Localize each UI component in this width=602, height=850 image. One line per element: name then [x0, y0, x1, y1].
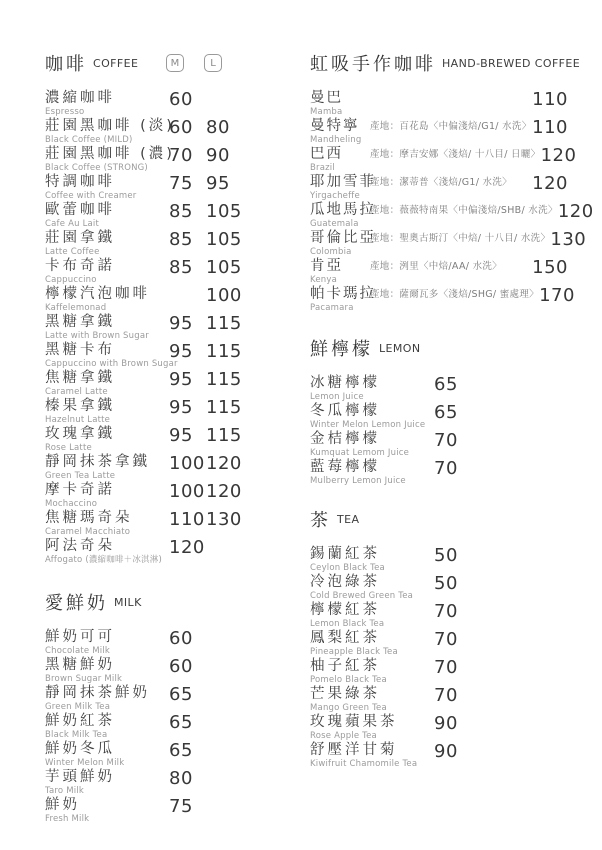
item-names: 哥倫比亞Colombia	[310, 230, 370, 257]
menu-item-row: 靜岡抹茶拿鐵Green Tea Latte100120	[45, 454, 295, 481]
item-name-zh: 玫瑰蘋果茶	[310, 714, 434, 731]
item-name-zh: 摩卡奇諾	[45, 482, 169, 499]
menu-item-row: 黑糖拿鐵Latte with Brown Sugar95115	[45, 314, 295, 341]
hand-brewed-section: 虹吸手作咖啡 HAND-BREWED COFFEE 曼巴Mamba110曼特寧M…	[310, 52, 568, 313]
item-price-l: 105	[206, 230, 243, 249]
item-name-en: Black Milk Tea	[45, 730, 169, 740]
menu-item-row: 檸檬紅茶Lemon Black Tea70	[310, 602, 568, 629]
item-price: 70	[434, 630, 471, 649]
item-names: 靜岡抹茶拿鐵Green Tea Latte	[45, 454, 169, 481]
item-name-zh: 瓜地馬拉	[310, 202, 370, 219]
item-price-l: 105	[206, 202, 243, 221]
item-name-en: Affogato (濃縮咖啡＋冰淇淋)	[45, 555, 169, 565]
item-name-en: Fresh Milk	[45, 814, 169, 824]
menu-item-row: 哥倫比亞Colombia產地：聖奧古斯汀〈中焙/ 十八目/ 水洗〉130	[310, 230, 568, 257]
item-names: 焦糖拿鐵Caramel Latte	[45, 370, 169, 397]
coffee-section-header: 咖啡 COFFEE M L	[45, 52, 295, 74]
item-names: 耶加雪菲Yirgacheffe	[310, 174, 370, 201]
menu-item-row: 焦糖拿鐵Caramel Latte95115	[45, 370, 295, 397]
menu-item-row: 曼巴Mamba110	[310, 90, 568, 117]
item-price: 90	[434, 742, 471, 761]
item-name-zh: 阿法奇朵	[45, 538, 169, 555]
item-price: 170	[539, 286, 575, 305]
menu-item-row: 摩卡奇諾Mochaccino100120	[45, 482, 295, 509]
item-price: 50	[434, 546, 471, 565]
item-price-m: 100	[169, 454, 206, 473]
item-names: 冰糖檸檬Lemon Juice	[310, 375, 434, 402]
item-origin: 產地：摩吉安娜〈淺焙/ 十八目/ 日曬〉	[370, 146, 540, 163]
item-name-zh: 歐蕾咖啡	[45, 202, 169, 219]
item-price-l: 120	[206, 482, 243, 501]
lemon-item-list: 冰糖檸檬Lemon Juice65冬瓜檸檬Winter Melon Lemon …	[310, 375, 568, 486]
item-name-zh: 冷泡綠茶	[310, 574, 434, 591]
item-name-zh: 卡布奇諾	[45, 258, 169, 275]
hand-brewed-title-en: HAND-BREWED COFFEE	[442, 57, 580, 70]
item-name-zh: 特調咖啡	[45, 174, 169, 191]
item-price-l: 115	[206, 398, 243, 417]
item-names: 舒壓洋甘菊Kiwifruit Chamomile Tea	[310, 742, 434, 769]
item-price-m: 85	[169, 202, 206, 221]
lemon-title-en: LEMON	[379, 342, 420, 355]
item-price-l: 115	[206, 370, 243, 389]
item-name-zh: 鮮奶紅茶	[45, 713, 169, 730]
item-names: 瓜地馬拉Guatemala	[310, 202, 370, 229]
item-price-l: 115	[206, 426, 243, 445]
item-names: 冷泡綠茶Cold Brewed Green Tea	[310, 574, 434, 601]
item-names: 鮮奶Fresh Milk	[45, 797, 169, 824]
item-name-en: Lemon Juice	[310, 392, 434, 402]
item-name-en: Pineapple Black Tea	[310, 647, 434, 657]
item-name-zh: 耶加雪菲	[310, 174, 370, 191]
item-name-zh: 檸檬汽泡咖啡	[45, 286, 169, 303]
item-name-en: Caramel Macchiato	[45, 527, 169, 537]
lemon-section: 鮮檸檬 LEMON 冰糖檸檬Lemon Juice65冬瓜檸檬Winter Me…	[310, 337, 568, 486]
item-names: 冬瓜檸檬Winter Melon Lemon Juice	[310, 403, 434, 430]
item-price: 65	[169, 685, 206, 704]
item-names: 玫瑰拿鐵Rose Latte	[45, 426, 169, 453]
item-name-en: Mandheling	[310, 135, 370, 145]
item-names: 鮮奶紅茶Black Milk Tea	[45, 713, 169, 740]
item-price-l: 115	[206, 314, 243, 333]
item-name-en: Cappuccino	[45, 275, 169, 285]
item-price-l: 120	[206, 454, 243, 473]
menu-item-row: 錫蘭紅茶Ceylon Black Tea50	[310, 546, 568, 573]
item-name-en: Ceylon Black Tea	[310, 563, 434, 573]
item-names: 焦糖瑪奇朵Caramel Macchiato	[45, 510, 169, 537]
item-name-zh: 鮮奶冬瓜	[45, 741, 169, 758]
item-name-en: Espresso	[45, 107, 169, 117]
item-name-zh: 柚子紅茶	[310, 658, 434, 675]
item-names: 濃縮咖啡Espresso	[45, 90, 169, 117]
item-name-zh: 鮮奶可可	[45, 629, 169, 646]
menu-page: 咖啡 COFFEE M L 濃縮咖啡Espresso60莊園黑咖啡 (淡)Bla…	[0, 0, 602, 850]
menu-item-row: 莊園黑咖啡 (濃)Black Coffee (STRONG)7090	[45, 146, 295, 173]
item-name-en: Brown Sugar Milk	[45, 674, 169, 684]
item-names: 金桔檸檬Kumquat Lemom Juice	[310, 431, 434, 458]
item-price-m: 60	[169, 118, 206, 137]
item-names: 歐蕾咖啡Cafe Au Lait	[45, 202, 169, 229]
item-price-l: 130	[206, 510, 243, 529]
item-names: 檸檬汽泡咖啡Kaffelemonad	[45, 286, 169, 313]
item-name-zh: 檸檬紅茶	[310, 602, 434, 619]
item-name-en: Rose Latte	[45, 443, 169, 453]
item-name-en: Latte with Brown Sugar	[45, 331, 169, 341]
item-names: 榛果拿鐵Hazelnut Latte	[45, 398, 169, 425]
item-name-en: Coffee with Creamer	[45, 191, 169, 201]
item-names: 阿法奇朵Affogato (濃縮咖啡＋冰淇淋)	[45, 538, 169, 565]
item-name-en: Yirgacheffe	[310, 191, 370, 201]
menu-item-row: 濃縮咖啡Espresso60	[45, 90, 295, 117]
item-name-zh: 帕卡瑪拉	[310, 286, 370, 303]
coffee-title-en: COFFEE	[93, 57, 138, 70]
item-name-zh: 靜岡抹茶鮮奶	[45, 685, 169, 702]
item-names: 柚子紅茶Pomelo Black Tea	[310, 658, 434, 685]
item-name-zh: 肯亞	[310, 258, 370, 275]
item-names: 曼巴Mamba	[310, 90, 370, 117]
item-name-en: Latte Coffee	[45, 247, 169, 257]
item-origin: 產地：潔蒂普〈淺焙/G1/ 水洗〉	[370, 174, 532, 191]
item-price-m: 100	[169, 482, 206, 501]
item-names: 黑糖拿鐵Latte with Brown Sugar	[45, 314, 169, 341]
menu-item-row: 舒壓洋甘菊Kiwifruit Chamomile Tea90	[310, 742, 568, 769]
tea-section: 茶 TEA 錫蘭紅茶Ceylon Black Tea50冷泡綠茶Cold Bre…	[310, 508, 568, 769]
item-name-zh: 哥倫比亞	[310, 230, 370, 247]
tea-section-header: 茶 TEA	[310, 508, 568, 530]
item-price-l: 100	[206, 286, 243, 305]
menu-item-row: 鮮奶Fresh Milk75	[45, 797, 295, 824]
item-price: 65	[434, 403, 471, 422]
item-name-en: Kumquat Lemom Juice	[310, 448, 434, 458]
item-names: 特調咖啡Coffee with Creamer	[45, 174, 169, 201]
menu-item-row: 曼特寧Mandheling產地：百花島〈中偏淺焙/G1/ 水洗〉110	[310, 118, 568, 145]
right-column: 虹吸手作咖啡 HAND-BREWED COFFEE 曼巴Mamba110曼特寧M…	[310, 52, 568, 770]
item-names: 鮮奶冬瓜Winter Melon Milk	[45, 741, 169, 768]
item-origin: 產地：聖奧古斯汀〈中焙/ 十八目/ 水洗〉	[370, 230, 550, 247]
item-name-zh: 鮮奶	[45, 797, 169, 814]
item-names: 鮮奶可可Chocolate Milk	[45, 629, 169, 656]
coffee-item-list: 濃縮咖啡Espresso60莊園黑咖啡 (淡)Black Coffee (MIL…	[45, 90, 295, 565]
size-l-badge: L	[204, 54, 222, 72]
item-names: 芒果綠茶Mango Green Tea	[310, 686, 434, 713]
item-price: 70	[434, 602, 471, 621]
menu-item-row: 鮮奶紅茶Black Milk Tea65	[45, 713, 295, 740]
item-name-zh: 焦糖瑪奇朵	[45, 510, 169, 527]
menu-item-row: 巴西Brazil產地：摩吉安娜〈淺焙/ 十八目/ 日曬〉120	[310, 146, 568, 173]
item-origin: 產地：薇薇特南果〈中偏淺焙/SHB/ 水洗〉	[370, 202, 558, 219]
menu-item-row: 榛果拿鐵Hazelnut Latte95115	[45, 398, 295, 425]
item-names: 卡布奇諾Cappuccino	[45, 258, 169, 285]
item-name-zh: 冬瓜檸檬	[310, 403, 434, 420]
item-names: 莊園黑咖啡 (濃)Black Coffee (STRONG)	[45, 146, 169, 173]
item-price-m: 75	[169, 174, 206, 193]
item-price: 70	[434, 686, 471, 705]
hand-brewed-section-header: 虹吸手作咖啡 HAND-BREWED COFFEE	[310, 52, 568, 74]
menu-item-row: 阿法奇朵Affogato (濃縮咖啡＋冰淇淋)120	[45, 538, 295, 565]
item-price: 150	[532, 258, 568, 277]
item-price-m: 85	[169, 258, 206, 277]
item-price-m: 95	[169, 314, 206, 333]
item-name-en: Kenya	[310, 275, 370, 285]
item-name-en: Winter Melon Milk	[45, 758, 169, 768]
item-name-zh: 藍莓檸檬	[310, 459, 434, 476]
item-price-m: 95	[169, 370, 206, 389]
item-price: 65	[434, 375, 471, 394]
item-name-zh: 莊園拿鐵	[45, 230, 169, 247]
item-name-en: Black Coffee (STRONG)	[45, 163, 169, 173]
milk-item-list: 鮮奶可可Chocolate Milk60黑糖鮮奶Brown Sugar Milk…	[45, 629, 295, 824]
item-names: 藍莓檸檬Mulberry Lemon Juice	[310, 459, 434, 486]
hand-brewed-title-zh: 虹吸手作咖啡	[310, 50, 436, 76]
milk-title-en: MILK	[114, 596, 142, 609]
item-price: 90	[434, 714, 471, 733]
item-name-zh: 焦糖拿鐵	[45, 370, 169, 387]
item-name-zh: 舒壓洋甘菊	[310, 742, 434, 759]
item-name-zh: 靜岡抹茶拿鐵	[45, 454, 169, 471]
menu-item-row: 玫瑰蘋果茶Rose Apple Tea90	[310, 714, 568, 741]
item-name-en: Chocolate Milk	[45, 646, 169, 656]
item-price: 65	[169, 713, 206, 732]
item-price: 120	[558, 202, 594, 221]
item-name-zh: 莊園黑咖啡 (淡)	[45, 118, 169, 135]
menu-item-row: 鮮奶可可Chocolate Milk60	[45, 629, 295, 656]
item-name-en: Mamba	[310, 107, 370, 117]
item-name-en: Green Tea Latte	[45, 471, 169, 481]
item-names: 肯亞Kenya	[310, 258, 370, 285]
item-price: 70	[434, 658, 471, 677]
milk-title-zh: 愛鮮奶	[45, 589, 108, 615]
item-price-l: 80	[206, 118, 243, 137]
item-name-zh: 芒果綠茶	[310, 686, 434, 703]
menu-item-row: 鳳梨紅茶Pineapple Black Tea70	[310, 630, 568, 657]
item-name-en: Brazil	[310, 163, 370, 173]
item-price: 120	[540, 146, 576, 165]
menu-item-row: 冷泡綠茶Cold Brewed Green Tea50	[310, 574, 568, 601]
item-name-en: Guatemala	[310, 219, 370, 229]
item-name-en: Hazelnut Latte	[45, 415, 169, 425]
item-name-zh: 榛果拿鐵	[45, 398, 169, 415]
item-name-en: Caramel Latte	[45, 387, 169, 397]
item-names: 錫蘭紅茶Ceylon Black Tea	[310, 546, 434, 573]
item-name-zh: 濃縮咖啡	[45, 90, 169, 107]
menu-item-row: 瓜地馬拉Guatemala產地：薇薇特南果〈中偏淺焙/SHB/ 水洗〉120	[310, 202, 568, 229]
item-price: 75	[169, 797, 206, 816]
item-name-zh: 巴西	[310, 146, 370, 163]
item-name-en: Kiwifruit Chamomile Tea	[310, 759, 434, 769]
item-price-m: 85	[169, 230, 206, 249]
item-price: 50	[434, 574, 471, 593]
item-price-l: 90	[206, 146, 243, 165]
item-names: 摩卡奇諾Mochaccino	[45, 482, 169, 509]
item-name-en: Black Coffee (MILD)	[45, 135, 169, 145]
item-price: 70	[434, 431, 471, 450]
item-name-zh: 莊園黑咖啡 (濃)	[45, 146, 169, 163]
hand-brewed-item-list: 曼巴Mamba110曼特寧Mandheling產地：百花島〈中偏淺焙/G1/ 水…	[310, 90, 568, 313]
item-name-en: Mango Green Tea	[310, 703, 434, 713]
menu-item-row: 玫瑰拿鐵Rose Latte95115	[45, 426, 295, 453]
item-name-en: Pacamara	[310, 303, 370, 313]
item-name-zh: 黑糖拿鐵	[45, 314, 169, 331]
item-price-l: 95	[206, 174, 243, 193]
item-names: 黑糖卡布Cappuccino with Brown Sugar	[45, 342, 169, 369]
item-names: 檸檬紅茶Lemon Black Tea	[310, 602, 434, 629]
item-names: 玫瑰蘋果茶Rose Apple Tea	[310, 714, 434, 741]
item-name-en: Colombia	[310, 247, 370, 257]
item-name-zh: 冰糖檸檬	[310, 375, 434, 392]
item-name-zh: 曼特寧	[310, 118, 370, 135]
item-price: 110	[532, 90, 568, 109]
item-names: 巴西Brazil	[310, 146, 370, 173]
menu-item-row: 柚子紅茶Pomelo Black Tea70	[310, 658, 568, 685]
menu-item-row: 帕卡瑪拉Pacamara產地：薩爾瓦多〈淺焙/SHG/ 蜜處理〉170	[310, 286, 568, 313]
item-names: 帕卡瑪拉Pacamara	[310, 286, 370, 313]
menu-item-row: 鮮奶冬瓜Winter Melon Milk65	[45, 741, 295, 768]
coffee-section: 咖啡 COFFEE M L 濃縮咖啡Espresso60莊園黑咖啡 (淡)Bla…	[45, 52, 295, 565]
menu-item-row: 肯亞Kenya產地：洌里〈中焙/AA/ 水洗〉150	[310, 258, 568, 285]
item-name-en: Kaffelemonad	[45, 303, 169, 313]
item-price: 80	[169, 769, 206, 788]
left-column: 咖啡 COFFEE M L 濃縮咖啡Espresso60莊園黑咖啡 (淡)Bla…	[45, 52, 295, 825]
item-names: 鳳梨紅茶Pineapple Black Tea	[310, 630, 434, 657]
item-name-zh: 黑糖鮮奶	[45, 657, 169, 674]
milk-section: 愛鮮奶 MILK 鮮奶可可Chocolate Milk60黑糖鮮奶Brown S…	[45, 591, 295, 824]
item-price: 130	[550, 230, 586, 249]
item-price-m: 60	[169, 90, 206, 109]
item-name-zh: 金桔檸檬	[310, 431, 434, 448]
item-names: 曼特寧Mandheling	[310, 118, 370, 145]
item-name-en: Pomelo Black Tea	[310, 675, 434, 685]
item-price: 110	[532, 118, 568, 137]
menu-item-row: 黑糖鮮奶Brown Sugar Milk60	[45, 657, 295, 684]
item-names: 莊園拿鐵Latte Coffee	[45, 230, 169, 257]
item-price-l: 105	[206, 258, 243, 277]
menu-item-row: 卡布奇諾Cappuccino85105	[45, 258, 295, 285]
menu-item-row: 歐蕾咖啡Cafe Au Lait85105	[45, 202, 295, 229]
menu-item-row: 冰糖檸檬Lemon Juice65	[310, 375, 568, 402]
menu-item-row: 特調咖啡Coffee with Creamer7595	[45, 174, 295, 201]
menu-item-row: 莊園黑咖啡 (淡)Black Coffee (MILD)6080	[45, 118, 295, 145]
item-price-m: 110	[169, 510, 206, 529]
item-price: 60	[169, 629, 206, 648]
item-names: 莊園黑咖啡 (淡)Black Coffee (MILD)	[45, 118, 169, 145]
item-name-en: Winter Melon Lemon Juice	[310, 420, 434, 430]
menu-item-row: 靜岡抹茶鮮奶Green Milk Tea65	[45, 685, 295, 712]
item-name-en: Mochaccino	[45, 499, 169, 509]
lemon-title-zh: 鮮檸檬	[310, 335, 373, 361]
menu-item-row: 芋頭鮮奶Taro Milk80	[45, 769, 295, 796]
item-origin: 產地：洌里〈中焙/AA/ 水洗〉	[370, 258, 532, 275]
item-name-en: Cafe Au Lait	[45, 219, 169, 229]
lemon-section-header: 鮮檸檬 LEMON	[310, 337, 568, 359]
item-price: 65	[169, 741, 206, 760]
item-price: 70	[434, 459, 471, 478]
item-names: 黑糖鮮奶Brown Sugar Milk	[45, 657, 169, 684]
item-name-en: Cappuccino with Brown Sugar	[45, 359, 169, 369]
item-price-m: 120	[169, 538, 206, 557]
milk-section-header: 愛鮮奶 MILK	[45, 591, 295, 613]
item-name-en: Lemon Black Tea	[310, 619, 434, 629]
item-names: 靜岡抹茶鮮奶Green Milk Tea	[45, 685, 169, 712]
item-name-zh: 芋頭鮮奶	[45, 769, 169, 786]
tea-title-en: TEA	[337, 513, 359, 526]
size-badges: M L	[166, 54, 222, 72]
item-name-zh: 曼巴	[310, 90, 370, 107]
menu-item-row: 檸檬汽泡咖啡Kaffelemonad100	[45, 286, 295, 313]
menu-item-row: 莊園拿鐵Latte Coffee85105	[45, 230, 295, 257]
item-name-zh: 玫瑰拿鐵	[45, 426, 169, 443]
menu-item-row: 焦糖瑪奇朵Caramel Macchiato110130	[45, 510, 295, 537]
item-name-en: Taro Milk	[45, 786, 169, 796]
tea-title-zh: 茶	[310, 506, 331, 532]
menu-item-row: 耶加雪菲Yirgacheffe產地：潔蒂普〈淺焙/G1/ 水洗〉120	[310, 174, 568, 201]
size-m-badge: M	[166, 54, 184, 72]
item-name-en: Mulberry Lemon Juice	[310, 476, 434, 486]
item-origin: 產地：薩爾瓦多〈淺焙/SHG/ 蜜處理〉	[370, 286, 539, 303]
item-price-m: 70	[169, 146, 206, 165]
menu-item-row: 冬瓜檸檬Winter Melon Lemon Juice65	[310, 403, 568, 430]
menu-item-row: 藍莓檸檬Mulberry Lemon Juice70	[310, 459, 568, 486]
item-price: 60	[169, 657, 206, 676]
item-name-en: Rose Apple Tea	[310, 731, 434, 741]
item-origin: 產地：百花島〈中偏淺焙/G1/ 水洗〉	[370, 118, 532, 135]
item-name-zh: 鳳梨紅茶	[310, 630, 434, 647]
item-price-m: 95	[169, 426, 206, 445]
item-name-zh: 黑糖卡布	[45, 342, 169, 359]
item-name-en: Cold Brewed Green Tea	[310, 591, 434, 601]
item-price-m: 95	[169, 398, 206, 417]
item-price-m: 95	[169, 342, 206, 361]
tea-item-list: 錫蘭紅茶Ceylon Black Tea50冷泡綠茶Cold Brewed Gr…	[310, 546, 568, 769]
item-name-zh: 錫蘭紅茶	[310, 546, 434, 563]
item-name-en: Green Milk Tea	[45, 702, 169, 712]
item-price-l: 115	[206, 342, 243, 361]
menu-item-row: 黑糖卡布Cappuccino with Brown Sugar95115	[45, 342, 295, 369]
menu-item-row: 金桔檸檬Kumquat Lemom Juice70	[310, 431, 568, 458]
item-price: 120	[532, 174, 568, 193]
coffee-title-zh: 咖啡	[45, 50, 87, 76]
item-names: 芋頭鮮奶Taro Milk	[45, 769, 169, 796]
menu-item-row: 芒果綠茶Mango Green Tea70	[310, 686, 568, 713]
